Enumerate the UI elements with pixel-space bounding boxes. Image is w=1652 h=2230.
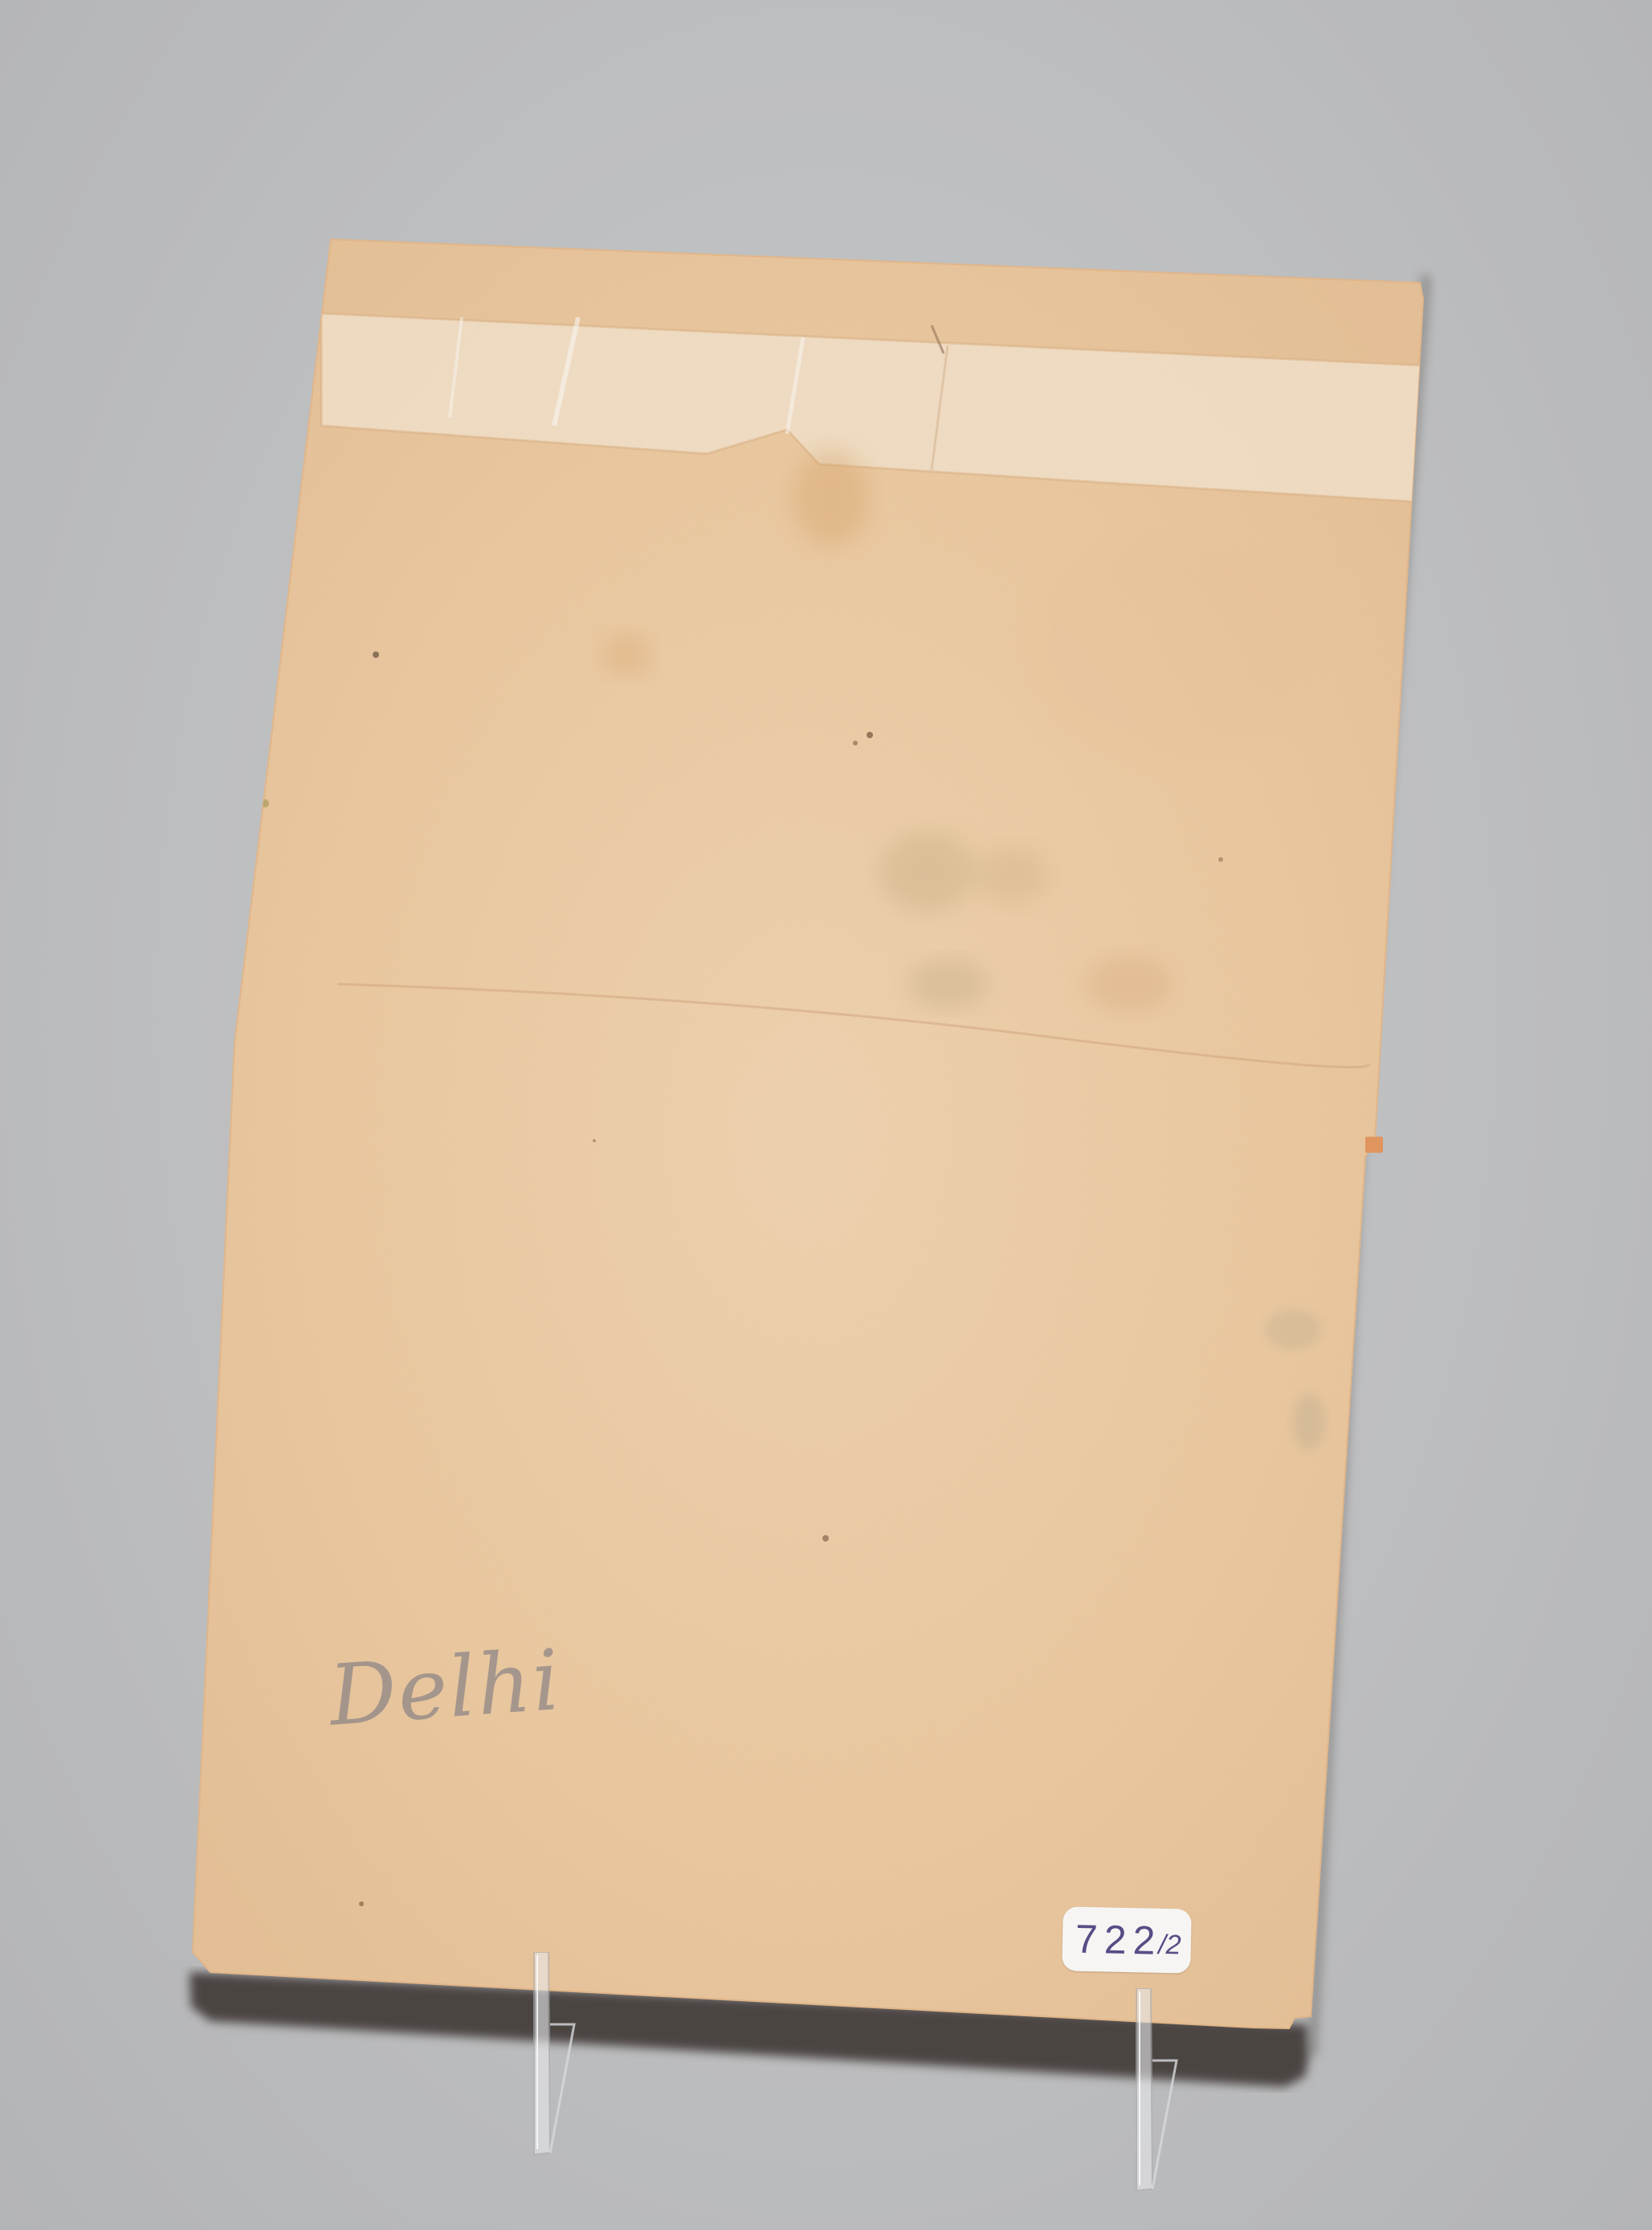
lot-number-suffix: /2 — [1158, 1929, 1181, 1961]
pencil-inscription: Delhi — [326, 1631, 564, 1745]
lot-number: 722 — [1075, 1916, 1162, 1964]
acrylic-stand-leg-left — [526, 1952, 622, 2193]
lot-number-label: 722 /2 — [1062, 1906, 1192, 1973]
acrylic-stand-leg-right — [1128, 1988, 1225, 2229]
paper-scrap-right-edge — [1365, 1137, 1383, 1153]
artwork-board — [0, 0, 1652, 2230]
photo-scene: Delhi 722 /2 — [0, 0, 1652, 2230]
